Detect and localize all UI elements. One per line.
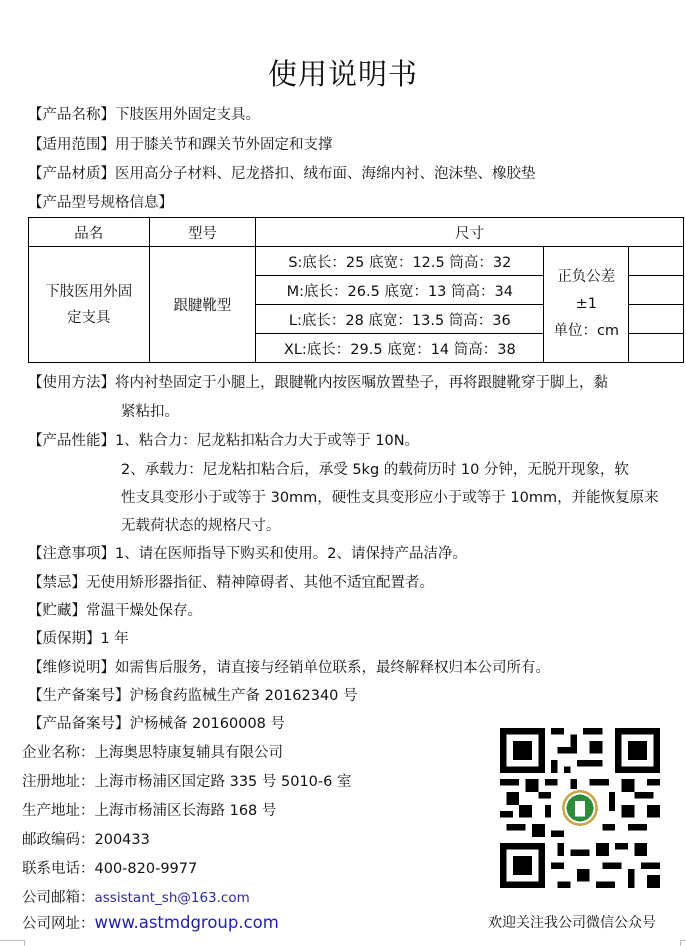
product-name-row: 【产品名称】下肢医用外固定支具。 (28, 103, 260, 124)
notes-row: 【注意事项】1、请在医师指导下购买和使用。2、请保持产品洁净。 (28, 542, 467, 563)
page-corner-mark (0, 940, 25, 946)
cell-tolerance: 正负公差 ±1 单位：cm (544, 247, 629, 363)
scope-value: 用于膝关节和踝关节外固定和支撑 (115, 137, 333, 153)
page-corner-mark (680, 940, 686, 946)
product-name-label: 【产品名称】 (28, 107, 115, 123)
contraindication-row: 【禁忌】无使用矫形器指征、精神障碍者、其他不适宜配置者。 (28, 571, 434, 592)
postcode-row: 邮政编码：200433 (22, 828, 150, 849)
product-name-value: 下肢医用外固定支具。 (115, 107, 260, 123)
size-l: L:底长：28 底宽：13.5 筒高：36 (256, 305, 544, 334)
spec-table: 品名 型号 尺寸 下肢医用外固 定支具 跟腱靴型 S:底长：25 底宽：12.5… (28, 217, 684, 363)
spec-table-header: 品名 型号 尺寸 (29, 218, 684, 247)
empty-cell (629, 334, 684, 363)
material-row: 【产品材质】医用高分子材料、尼龙搭扣、绒布面、海绵内衬、泡沫垫、橡胶垫 (28, 162, 536, 183)
email-link[interactable]: assistant_sh@163.com (95, 890, 250, 906)
performance-label: 【产品性能】 (28, 433, 115, 449)
usage-row: 【使用方法】将内衬垫固定于小腿上，跟腱靴内按医嘱放置垫子，再将跟腱靴穿于脚上，黏 (28, 371, 608, 392)
company-name-row: 企业名称：上海奥思特康复辅具有限公司 (22, 741, 283, 762)
empty-cell (629, 276, 684, 305)
material-value: 医用高分子材料、尼龙搭扣、绒布面、海绵内衬、泡沫垫、橡胶垫 (115, 166, 536, 182)
cell-product-name: 下肢医用外固 定支具 (29, 247, 150, 363)
usage-label: 【使用方法】 (28, 375, 115, 391)
performance-line4: 无载荷状态的规格尺寸。 (121, 514, 281, 535)
reg-address-row: 注册地址：上海市杨浦区国定路 335 号 5010-6 室 (22, 770, 351, 791)
repair-row: 【维修说明】如需售后服务，请直接与经销单位联系，最终解释权归本公司所有。 (28, 656, 550, 677)
phone-row: 联系电话：400-820-9977 (22, 857, 197, 878)
website-link[interactable]: www.astmdgroup.com (95, 913, 279, 932)
size-s: S:底长：25 底宽：12.5 筒高：32 (256, 247, 544, 276)
header-model: 型号 (149, 218, 256, 247)
table-row: 下肢医用外固 定支具 跟腱靴型 S:底长：25 底宽：12.5 筒高：32 正负… (29, 247, 684, 276)
qr-code-icon (500, 728, 660, 888)
production-record-row: 【生产备案号】沪杨食药监械生产备 20162340 号 (28, 684, 358, 705)
empty-cell (629, 305, 684, 334)
scope-label: 【适用范围】 (28, 137, 115, 153)
header-product-name: 品名 (29, 218, 150, 247)
website-row: 公司网址：www.astmdgroup.com (22, 912, 279, 933)
material-label: 【产品材质】 (28, 166, 115, 182)
usage-line2: 紧粘扣。 (121, 400, 179, 421)
product-record-row: 【产品备案号】沪杨械备 20160008 号 (28, 712, 285, 733)
size-m: M:底长：26.5 底宽：13 筒高：34 (256, 276, 544, 305)
warranty-row: 【质保期】1 年 (28, 627, 129, 648)
empty-cell (629, 247, 684, 276)
performance-row: 【产品性能】1、粘合力：尼龙粘扣粘合力大于或等于 10N。 (28, 429, 419, 450)
performance-line3: 性支具变形小于或等于 30mm，硬性支具变形应小于或等于 10mm，并能恢复原来 (121, 486, 659, 507)
document-title: 使用说明书 (0, 52, 686, 93)
prod-address-row: 生产地址：上海市杨浦区长海路 168 号 (22, 799, 276, 820)
storage-row: 【贮藏】常温干燥处保存。 (28, 599, 202, 620)
email-row: 公司邮箱：assistant_sh@163.com (22, 886, 250, 907)
qr-caption: 欢迎关注我公司微信公众号 (488, 912, 656, 932)
header-size: 尺寸 (256, 218, 684, 247)
spec-heading: 【产品型号规格信息】 (28, 191, 173, 212)
performance-line2: 2、承载力：尼龙粘扣粘合后，承受 5kg 的载荷历时 10 分钟，无脱开现象，软 (121, 458, 629, 479)
cell-model: 跟腱靴型 (149, 247, 256, 363)
size-xl: XL:底长：29.5 底宽：14 筒高：38 (256, 334, 544, 363)
scope-row: 【适用范围】用于膝关节和踝关节外固定和支撑 (28, 133, 333, 154)
